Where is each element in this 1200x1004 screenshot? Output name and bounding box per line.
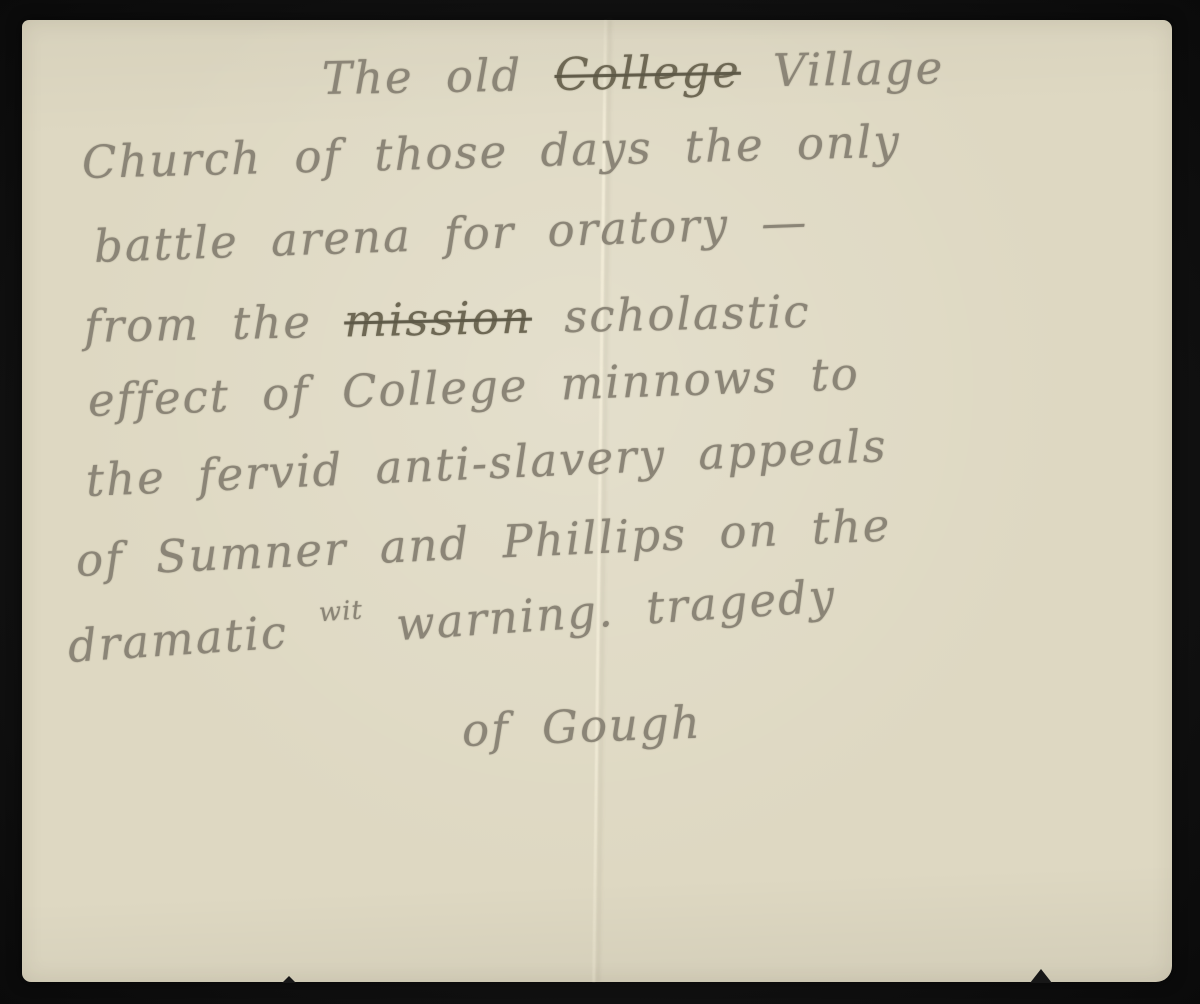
torn-edge-notch — [1030, 969, 1052, 983]
handwritten-line-3: battle arena for oratory — — [93, 195, 809, 273]
handwritten-line-6: the fervid anti-slavery appeals — [85, 419, 889, 507]
handwritten-line-2: Church of those days the only — [81, 115, 901, 189]
handwriting-text: of Gough — [461, 696, 703, 757]
struck-word: College — [554, 45, 741, 101]
handwriting-text: Church of those days the only — [81, 115, 901, 189]
handwritten-note-paper: The old College Village Church of those … — [22, 20, 1172, 982]
handwriting-text: Village — [740, 41, 944, 98]
handwriting-text: The old — [322, 48, 555, 105]
handwriting-text: effect of College minnows to — [87, 347, 860, 427]
handwritten-line-8: dramatic wit warning. tragedy — [66, 569, 838, 673]
torn-edge-notch-small — [282, 976, 296, 983]
struck-word: mission — [344, 291, 533, 348]
handwritten-line-9: of Gough — [461, 696, 703, 757]
inserted-word-above-line: wit — [318, 595, 364, 628]
handwritten-line-4: from the mission scholastic — [83, 285, 811, 353]
handwriting-text: the fervid anti-slavery appeals — [85, 419, 889, 507]
handwritten-line-1: The old College Village — [322, 41, 945, 105]
handwriting-text: from the — [83, 295, 344, 353]
handwriting-text: scholastic — [531, 285, 811, 344]
handwriting-text: battle arena for oratory — — [93, 195, 809, 273]
handwriting-text: dramatic — [66, 603, 322, 673]
handwritten-line-5: effect of College minnows to — [87, 347, 860, 427]
